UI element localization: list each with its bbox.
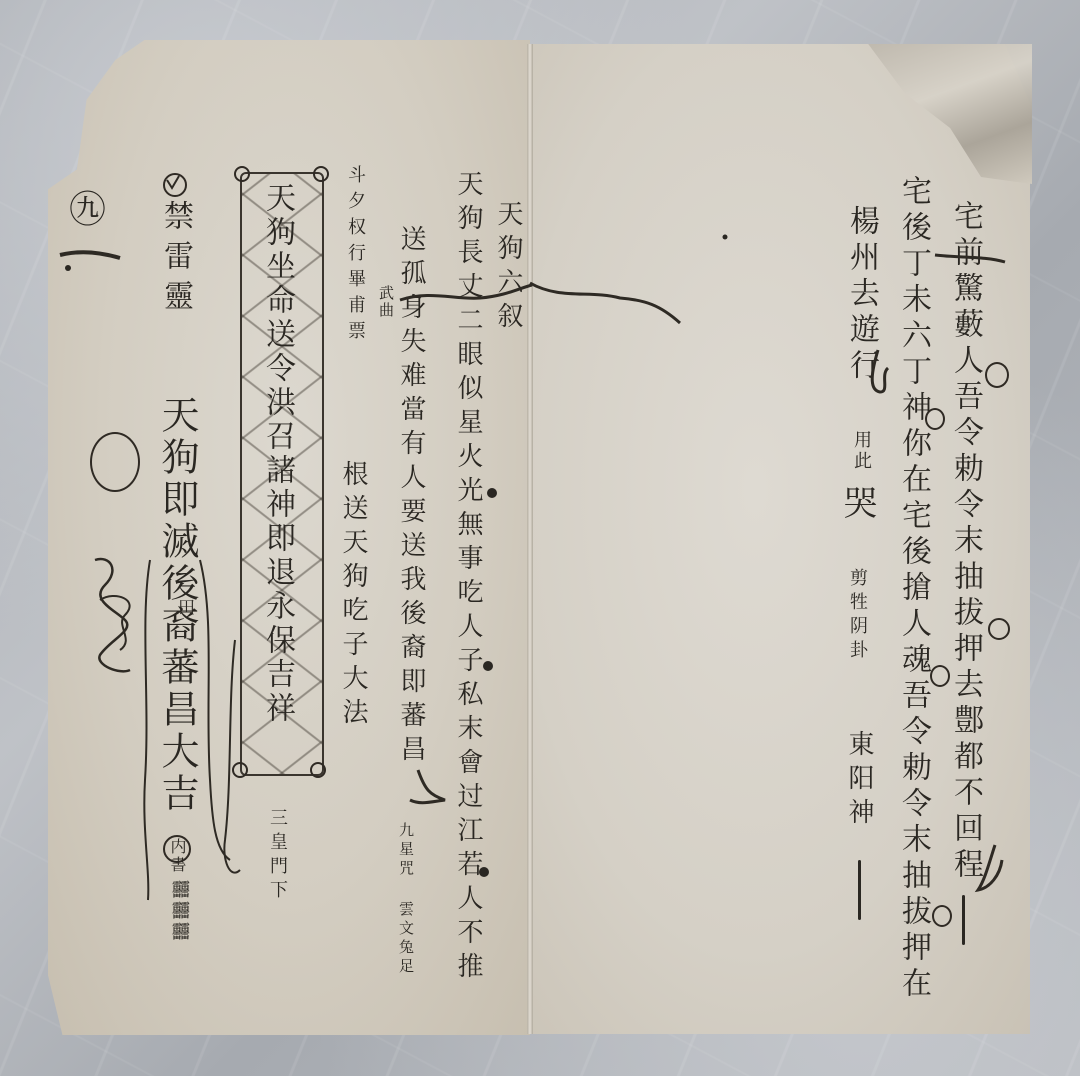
stroke-mark [858, 860, 861, 920]
left-column-3: 送孤身失难當有人要送我後裔即蕃昌 [398, 225, 424, 769]
right-column-1: 宅前驚藪人吾令勅令末抽拔押去鄷都不回程 [950, 200, 980, 884]
left-column-title: 天狗六叙 [495, 200, 521, 336]
circle-mark [930, 665, 950, 687]
circle-mark [232, 762, 248, 778]
left-column-4: 斗夕权行畢甫票 [346, 165, 364, 347]
left-column-2: 天狗長丈二眼似星火光無事吃人子私末會过江若人不推 [455, 170, 481, 986]
left-side-note: 武曲 [378, 285, 393, 319]
right-note-yongci: 用此 [852, 430, 870, 472]
left-column-5: 根送天狗吃子大法 [340, 460, 366, 732]
right-glyph: 哭 [840, 485, 874, 525]
left-column-7: 禁雷靈 [160, 200, 190, 320]
right-column-2: 宅後丁未六丁神你在宅後搶人魂吾令勅令末抽拔押在 [898, 175, 928, 1003]
left-column-3-note: 九星咒 雲文兔足 [398, 822, 413, 977]
left-column-9: ㊈ [66, 190, 102, 236]
left-column-6: 三皇門下 [268, 808, 286, 904]
circle-mark [985, 362, 1009, 388]
circle-mark [310, 762, 326, 778]
circle-mark [932, 905, 952, 927]
book-spine [527, 44, 533, 1034]
left-column-end: 䨻䨻䨻 [170, 880, 188, 943]
seal-glyph: 内書 [169, 838, 185, 874]
circle-mark [925, 408, 945, 430]
stroke-mark [962, 895, 965, 945]
right-column-5: 剪牲阴卦 [848, 568, 866, 664]
circle-mark [313, 166, 329, 182]
talisman-circle [90, 432, 140, 492]
check-circle-icon [163, 173, 187, 197]
right-column-3: 楊州去遊行 [846, 205, 876, 385]
right-column-6: 東阳神 [846, 730, 872, 832]
left-column-8: 田 [175, 598, 192, 617]
circle-mark [988, 618, 1010, 640]
circle-mark [234, 166, 250, 182]
talisman-text: 天狗坐命送令洪召諸神即退永保吉祥 [262, 182, 292, 726]
